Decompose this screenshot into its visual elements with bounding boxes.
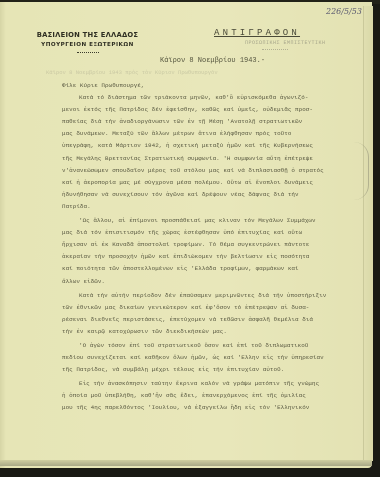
body-line: ν'ἀνανεώσωμεν σπουδαῖον μέρος τοῦ στόλου… — [62, 165, 362, 177]
archive-number: 226/5/53 — [326, 7, 362, 16]
underlying-page-edge — [363, 6, 373, 461]
copy-stamp-subtitle: ΠΡΟΣΩΠΙΚΗΣ ΕΜΠΙΣΤΕΥΤΙΚΗ — [245, 40, 326, 46]
body-line: μενοι ἐκτός τῆς Πατρίδος δέν ἐφείσθην, κ… — [62, 104, 362, 116]
body-line: ἡ ὁποία μοῦ ὑπεβλήθη, καθ'ἥν σᾶς ἔδει, ἐ… — [62, 390, 362, 402]
salutation: Φίλε Κύριε Πρωθυπουργέ, — [62, 80, 362, 92]
bleed-through-text: Κάϊρον 8 Νοεμβρίου 1943 πρὸς τὸν Κύριον … — [46, 69, 218, 76]
body-line: τῆς Πατρίδος, νά συμβάλῃ μέχρι τέλους εἰ… — [62, 364, 362, 376]
body-line: μας διά τόν ἐπισιτισμόν τῆς χώρας ἐστέφθ… — [62, 227, 362, 239]
copy-stamp-title: ΑΝΤΙΓΡΑΦΟΝ — [214, 28, 300, 38]
body-line: Κατά τήν αὐτήν περίοδον δέν ἐπαύσαμεν με… — [62, 290, 362, 302]
letterhead-ministry: ΥΠΟΥΡΓΕΙΟΝ ΕΞΩΤΕΡΙΚΩΝ — [30, 42, 145, 48]
body-line: ἄλλων εἰδῶν. — [62, 276, 362, 288]
body-line: τῶν ἐθνικῶν μας δικαίων γενικώτερον καί … — [62, 302, 362, 314]
body-line: 'Ως ἄλλου, αἱ ἐπίμονοι προσπάθειαί μας κ… — [62, 215, 362, 227]
body-line: 'Ο ἀγών τόσον ἐπί τοῦ στρατιωτικοῦ ὅσον … — [62, 340, 362, 352]
page-bottom-edge — [0, 460, 372, 466]
dateline: Κάϊρον 8 Νοεμβρίου 1943.- — [160, 57, 265, 65]
body-line: πεδίου συνεχίζεται καί καθῆκον ὅλων ἡμῶν… — [62, 352, 362, 364]
letterhead: ΒΑΣΙΛΕΙΟΝ ΤΗΣ ΕΛΛΑΔΟΣ ΥΠΟΥΡΓΕΙΟΝ ΕΞΩΤΕΡΙ… — [30, 31, 145, 55]
body-line: ρέσεναι διεθνεῖς περιστάσεις, ἐπετύχομεν… — [62, 314, 362, 326]
body-line: Κατά τό διάστημα τῶν τριάκοντα μηνῶν, κα… — [62, 92, 362, 104]
body-line: ἀκεραίαν τήν προσοχήν ἡμῶν καί ἐπιδιώκομ… — [62, 251, 362, 263]
body-line: ἠδυνήθησαν νά συνεχίσουν τόν ἀγῶνα καί δ… — [62, 189, 362, 201]
copy-stamp-divider — [262, 49, 288, 50]
body-line: παθείας διά τήν ἀναδιοργάνωσιν τῶν ἐν τῇ… — [62, 116, 362, 128]
letterhead-kingdom: ΒΑΣΙΛΕΙΟΝ ΤΗΣ ΕΛΛΑΔΟΣ — [30, 31, 145, 39]
body-line: καί ποιότητα τῶν ἀποστελλομένων εἰς 'Ελλ… — [62, 263, 362, 275]
body-line: μου τῆς 4ης παρελθόντος 'Ιουλίου, νά ἐξα… — [62, 402, 362, 414]
body-line: τῆς Μεγάλης Βρεττανίας Στρατιωτική συμφω… — [62, 153, 362, 165]
body-line: μας δυνάμεων. Μεταξύ τῶν ἄλλων μέτρων ἅτ… — [62, 128, 362, 140]
body-line: καί ἡ ἀεροπορία μας μέ σύγχρονα μέσα πολ… — [62, 177, 362, 189]
body-line: ἤρχισαν αἱ ἐκ Καναδᾶ ἀποστολαί τροφίμων.… — [62, 239, 362, 251]
letter-body: Φίλε Κύριε Πρωθυπουργέ, Κατά τό διάστημα… — [62, 80, 362, 415]
body-line: Εἰς τήν ἀνασκόπησιν ταύτην ἔκρινα καλόν … — [62, 378, 362, 390]
body-line: τήν ἐν καιρῷ κατοχύρωσιν τῶν διεκδικήσεώ… — [62, 326, 362, 338]
body-line: Πατρίδα. — [62, 201, 362, 213]
body-line: ὑπεγράφη, κατά Μάρτιον 1942, ἡ σχετική μ… — [62, 140, 362, 152]
letterhead-divider — [77, 52, 99, 55]
